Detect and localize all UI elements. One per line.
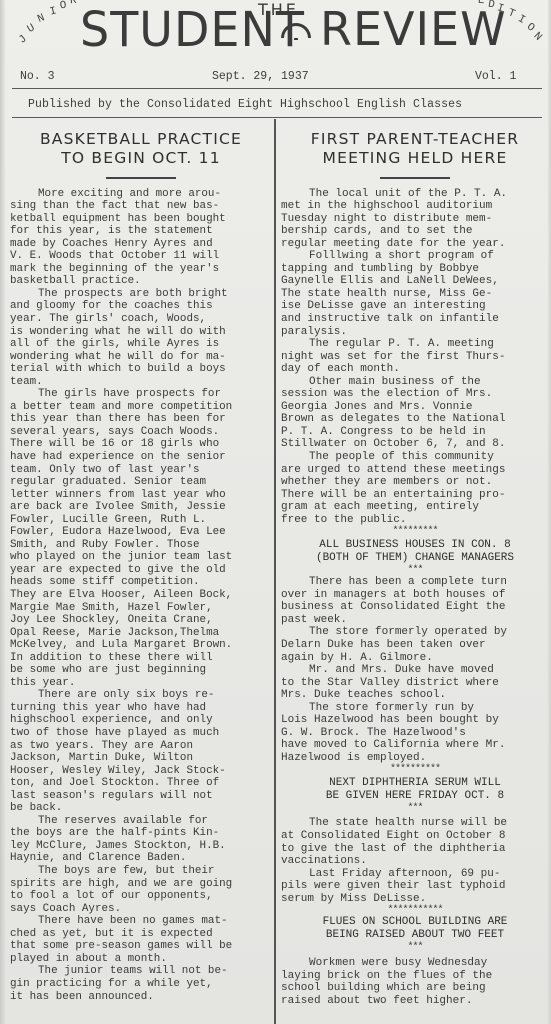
headline-stars: *** [281,565,549,576]
curved-letter: I [516,13,527,27]
newspaper-page: JUNIOR EDITION STUDENT THE REVIEW No. 3 … [0,0,551,1024]
headline-rule [106,177,176,179]
paragraph: There are only six boys re- turning this… [10,689,272,814]
paragraph: The reserves available for the boys are … [10,815,272,865]
curved-letter: N [531,30,544,43]
column-divider [274,119,276,1024]
curved-letter: R [70,0,77,7]
page-edge-shadow-left [0,0,6,1024]
article-body: The local unit of the P. T. A. met in th… [281,188,549,527]
paragraph: Folllwing a short program of tapping and… [281,250,549,338]
curved-letter: U [25,22,37,36]
curved-letter: I [49,5,58,18]
paragraph: The regular P. T. A. meeting night was s… [281,338,549,376]
headline-line: TO BEGIN OCT. 11 [61,149,221,167]
paragraph: Other main business of the session was t… [281,376,549,451]
volume-number: Vol. 1 [475,70,516,83]
article-headline: BASKETBALL PRACTICE TO BEGIN OCT. 11 [10,130,272,168]
publisher-line: Published by the Consolidated Eight High… [28,98,462,111]
paragraph: Last Friday afternoon, 69 pu- pils were … [281,868,549,906]
curved-letter: J [17,33,30,46]
title-the: THE [258,0,299,19]
paragraph: There has been a complete turn over in m… [281,576,549,626]
sunrise-dot-icon [294,38,298,40]
paragraph: More exciting and more arou- sing than t… [10,188,272,288]
paragraph: Workmen were busy Wednesday laying brick… [281,957,549,1007]
issue-date: Sept. 29, 1937 [212,70,309,83]
article-body: The state health nurse will be at Consol… [281,817,549,905]
article-body: More exciting and more arou- sing than t… [10,188,272,1004]
paragraph: The girls have prospects for a better te… [10,388,272,689]
curved-letter: N [36,12,47,26]
paragraph: The junior teams will not be- gin practi… [10,965,272,1003]
issue-number: No. 3 [20,70,55,83]
article-body: Workmen were busy Wednesday laying brick… [281,957,549,1007]
article-headline: NEXT DIPHTHERIA SERUM WILL BE GIVEN HERE… [281,777,549,803]
headline-line: BASKETBALL PRACTICE [40,130,242,148]
paragraph: The store formerly operated by Delarn Du… [281,626,549,664]
curved-letter: O [524,21,536,35]
section-separator-stars: ********* [281,526,549,537]
paragraph: Mr. and Mrs. Duke have moved to the Star… [281,664,549,702]
paragraph: The store formerly run by Lois Hazelwood… [281,702,549,765]
masthead-rule-bottom [12,117,542,118]
headline-stars: *** [281,942,549,953]
section-separator-stars: ********** [281,764,549,775]
article-diphtheria-serum: NEXT DIPHTHERIA SERUM WILL BE GIVEN HERE… [281,777,549,916]
article-headline: FIRST PARENT-TEACHER MEETING HELD HERE [281,130,549,168]
masthead-rule-top [12,88,542,89]
headline-rule [380,177,450,179]
issue-info-row: No. 3 Sept. 29, 1937 Vol. 1 [20,70,525,86]
article-school-flues: FLUES ON SCHOOL BUILDING ARE BEING RAISE… [281,916,549,1007]
left-column: BASKETBALL PRACTICE TO BEGIN OCT. 11 Mor… [10,122,272,1003]
paragraph: The boys are few, but their spirits are … [10,865,272,915]
headline-stars: *** [281,803,549,814]
article-headline: FLUES ON SCHOOL BUILDING ARE BEING RAISE… [281,916,549,942]
article-body: There has been a complete turn over in m… [281,576,549,764]
section-separator-stars: *********** [281,905,549,916]
article-business-houses: ALL BUSINESS HOUSES IN CON. 8 (BOTH OF T… [281,539,549,775]
curved-letter: O [59,0,67,12]
curved-letter: T [506,7,517,21]
article-pta-meeting: FIRST PARENT-TEACHER MEETING HELD HERE T… [281,130,549,537]
paragraph: There have been no games mat- ched as ye… [10,915,272,965]
paragraph: The people of this community are urged t… [281,451,549,526]
paragraph: The prospects are both bright and gloomy… [10,288,272,388]
headline-line: FIRST PARENT-TEACHER [311,130,519,148]
title-review: REVIEW [320,6,507,52]
headline-line: MEETING HELD HERE [323,149,508,167]
masthead: JUNIOR EDITION STUDENT THE REVIEW [0,0,551,70]
right-column: FIRST PARENT-TEACHER MEETING HELD HERE T… [281,122,549,1007]
article-basketball-practice: BASKETBALL PRACTICE TO BEGIN OCT. 11 Mor… [10,130,272,1003]
paragraph: The local unit of the P. T. A. met in th… [281,188,549,251]
article-headline: ALL BUSINESS HOUSES IN CON. 8 (BOTH OF T… [281,539,549,565]
paragraph: The state health nurse will be at Consol… [281,817,549,867]
